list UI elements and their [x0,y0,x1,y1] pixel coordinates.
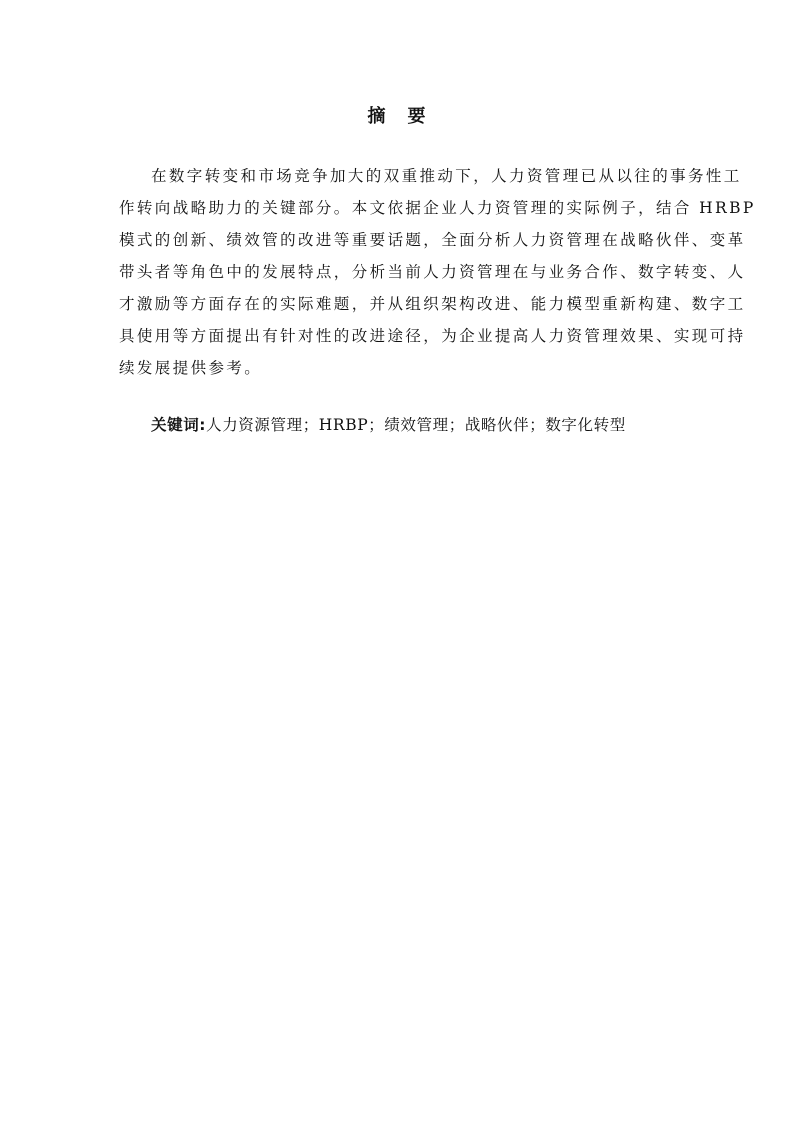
abstract-line: 在数字转变和市场竞争加大的双重推动下，人力资管理已从以往的事务性工 [119,160,675,192]
document-page: 摘要 在数字转变和市场竞争加大的双重推动下，人力资管理已从以往的事务性工 作转向… [0,0,793,1122]
keywords-label: 关键词: [151,416,206,434]
abstract-line: 具使用等方面提出有针对性的改进途径，为企业提高人力资管理效果、实现可持 [119,320,675,352]
abstract-line: 续发展提供参考。 [119,352,675,384]
abstract-line: 才激励等方面存在的实际难题，并从组织架构改进、能力模型重新构建、数字工 [119,288,675,320]
title-char-2: 要 [408,104,426,130]
abstract-body: 在数字转变和市场竞争加大的双重推动下，人力资管理已从以往的事务性工 作转向战略助… [119,160,675,384]
abstract-line: 模式的创新、绩效管的改进等重要话题，全面分析人力资管理在战略伙伴、变革 [119,224,675,256]
keywords: 关键词:人力资源管理；HRBP；绩效管理；战略伙伴；数字化转型 [151,412,626,438]
keywords-text: 人力资源管理；HRBP；绩效管理；战略伙伴；数字化转型 [206,416,626,434]
title-char-1: 摘 [368,104,386,130]
abstract-line: 作转向战略助力的关键部分。本文依据企业人力资管理的实际例子，结合 HRBP [119,192,675,224]
abstract-line: 带头者等角色中的发展特点，分析当前人力资管理在与业务合作、数字转变、人 [119,256,675,288]
abstract-title: 摘要 [0,104,793,130]
